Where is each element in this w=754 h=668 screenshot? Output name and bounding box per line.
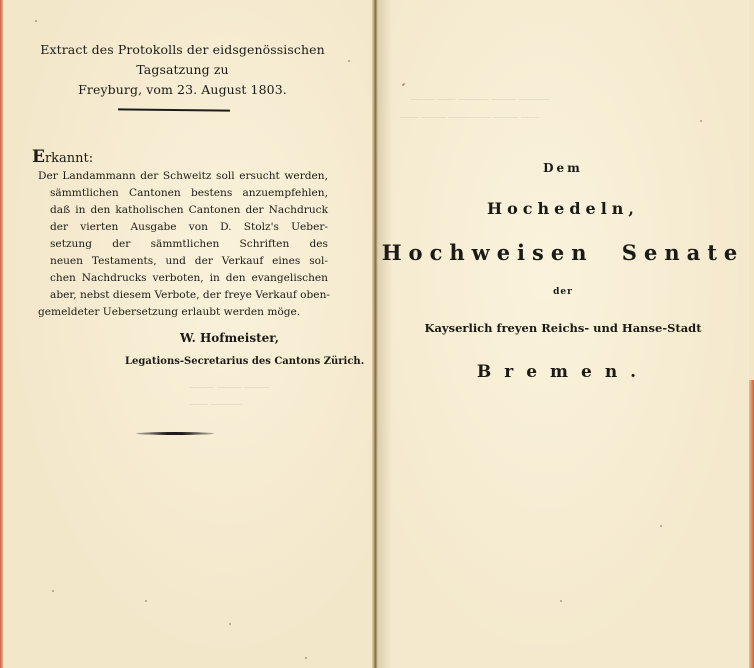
bleed-through-text: ──── ──── ──── bbox=[190, 380, 269, 397]
signature: W. Hofmeister, bbox=[180, 330, 279, 346]
protocol-heading-line-2: Freyburg, vom 23. August 1803. bbox=[30, 80, 335, 100]
decree-paragraph: Der Landammann der Schweitz soll ersucht… bbox=[38, 168, 328, 321]
dedication-senate: Hochweisen Senate bbox=[377, 240, 749, 265]
drop-initial: E bbox=[32, 147, 45, 167]
paper-speck bbox=[35, 20, 37, 22]
dedication-der: der bbox=[377, 287, 749, 297]
paper-speck bbox=[402, 84, 404, 86]
signature-title: Legations-Secretarius des Cantons Zürich… bbox=[125, 355, 364, 369]
book-spread: ──── ─── ───── ──── ───── ─── ──── ─────… bbox=[0, 0, 754, 668]
paper-speck bbox=[700, 120, 702, 122]
paper-speck bbox=[229, 623, 231, 625]
dedication-dem: Dem bbox=[377, 161, 749, 175]
decree-line: chen Nachdrucks verboten, in den evangel… bbox=[38, 270, 328, 287]
paper-speck bbox=[413, 250, 415, 252]
decree-line: Der Landammann der Schweitz soll ersucht… bbox=[38, 168, 328, 185]
dedication-hochedeln: Hochedeln, bbox=[377, 199, 749, 218]
decree-line: neuen Testaments, und der Verkauf eines … bbox=[38, 253, 328, 270]
erkannt-label: Erkannt: bbox=[32, 148, 93, 168]
tapered-end-rule bbox=[136, 432, 214, 435]
bleed-through-text: ──── ─── ───── ──── ───── bbox=[410, 92, 549, 109]
decree-line: sämmtlichen Cantonen bestens anzuempfehl… bbox=[38, 185, 328, 202]
paper-speck bbox=[660, 525, 662, 527]
dedication-bremen: Bremen. bbox=[377, 362, 749, 382]
paper-speck bbox=[52, 590, 54, 592]
paper-speck bbox=[560, 600, 562, 602]
dedication-city-title: Kayserlich freyen Reichs- und Hanse-Stad… bbox=[377, 321, 749, 335]
right-page-edge bbox=[749, 380, 754, 668]
bleed-through-text: ─── ───── bbox=[190, 397, 241, 414]
erkannt-label-rest: rkannt: bbox=[45, 151, 93, 166]
protocol-heading-line-1: Extract des Protokolls der eidsgenössisc… bbox=[30, 40, 335, 80]
paper-speck bbox=[305, 657, 307, 659]
decree-line: gemeldeter Uebersetzung erlaubt werden m… bbox=[38, 304, 328, 321]
bleed-through-text: ─── ──── ─────── ──── ─── bbox=[400, 110, 539, 127]
decree-line: aber, nebst diesem Verbote, der freye Ve… bbox=[38, 287, 328, 304]
protocol-heading: Extract des Protokolls der eidsgenössisc… bbox=[30, 40, 335, 100]
decree-line: der vierten Ausgabe von D. Stolz's Ueber… bbox=[38, 219, 328, 236]
paper-speck bbox=[145, 600, 147, 602]
decree-line: daß in den katholischen Cantonen der Nac… bbox=[38, 202, 328, 219]
paper-speck bbox=[348, 60, 350, 62]
decree-line: setzung der sämmtlichen Schriften des bbox=[38, 236, 328, 253]
